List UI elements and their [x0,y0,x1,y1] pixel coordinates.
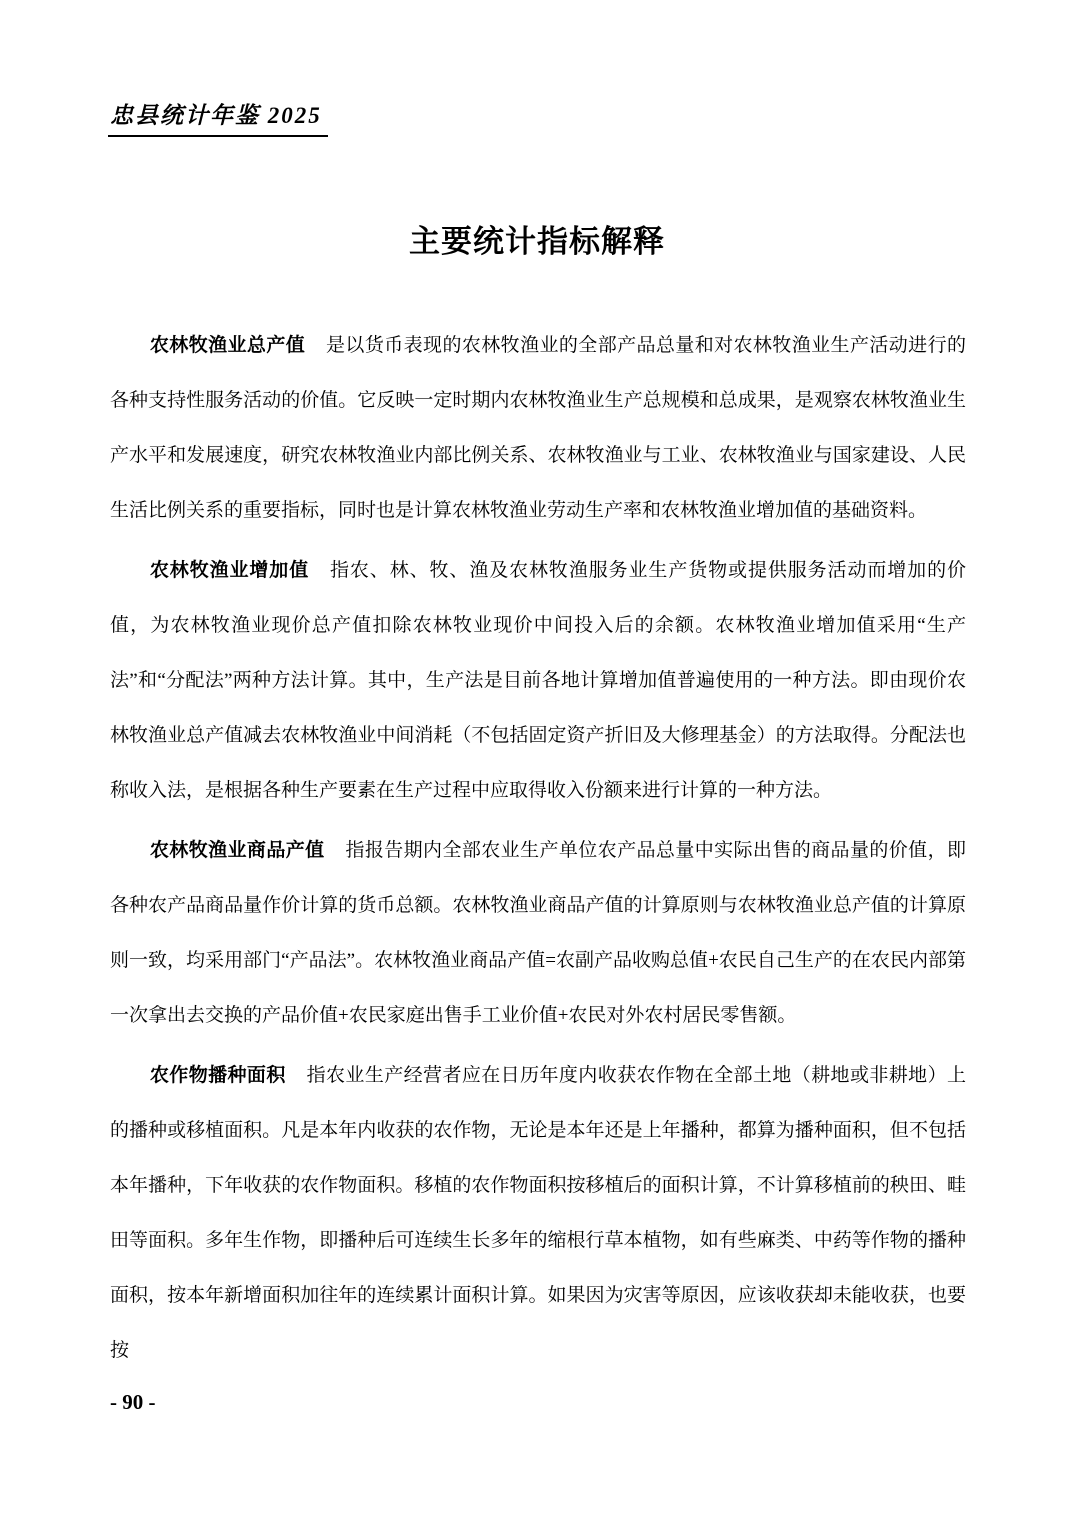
definition-paragraph: 农作物播种面积指农业生产经营者应在日历年度内收获农作物在全部土地（耕地或非耕地）… [110,1048,966,1378]
definition-text: 指农、林、牧、渔及农林牧渔服务业生产货物或提供服务活动而增加的价值，为农林牧渔业… [110,560,966,801]
definition-paragraph: 农林牧渔业增加值指农、林、牧、渔及农林牧渔服务业生产货物或提供服务活动而增加的价… [110,543,966,818]
definition-paragraph: 农林牧渔业商品产值指报告期内全部农业生产单位农产品总量中实际出售的商品量的价值，… [110,823,966,1043]
document-body: 农林牧渔业总产值是以货币表现的农林牧渔业的全部产品总量和对农林牧渔业生产活动进行… [110,318,966,1378]
page-title: 主要统计指标解释 [0,216,1074,261]
term-sown-area: 农作物播种面积 [150,1065,286,1086]
page-number: - 90 - [110,1390,156,1415]
term-commodity-output-value: 农林牧渔业商品产值 [150,840,325,861]
definition-text: 指农业生产经营者应在日历年度内收获农作物在全部土地（耕地或非耕地）上的播种或移植… [110,1065,966,1361]
document-page: 忠县统计年鉴 2025 主要统计指标解释 农林牧渔业总产值是以货币表现的农林牧渔… [0,0,1074,1520]
yearbook-header: 忠县统计年鉴 2025 [108,97,328,137]
definition-text: 是以货币表现的农林牧渔业的全部产品总量和对农林牧渔业生产活动进行的各种支持性服务… [110,335,966,521]
definition-paragraph: 农林牧渔业总产值是以货币表现的农林牧渔业的全部产品总量和对农林牧渔业生产活动进行… [110,318,966,538]
term-gross-output-value: 农林牧渔业总产值 [150,335,305,356]
definition-text: 指报告期内全部农业生产单位农产品总量中实际出售的商品量的价值，即各种农产品商品量… [110,840,966,1026]
term-value-added: 农林牧渔业增加值 [150,560,309,581]
